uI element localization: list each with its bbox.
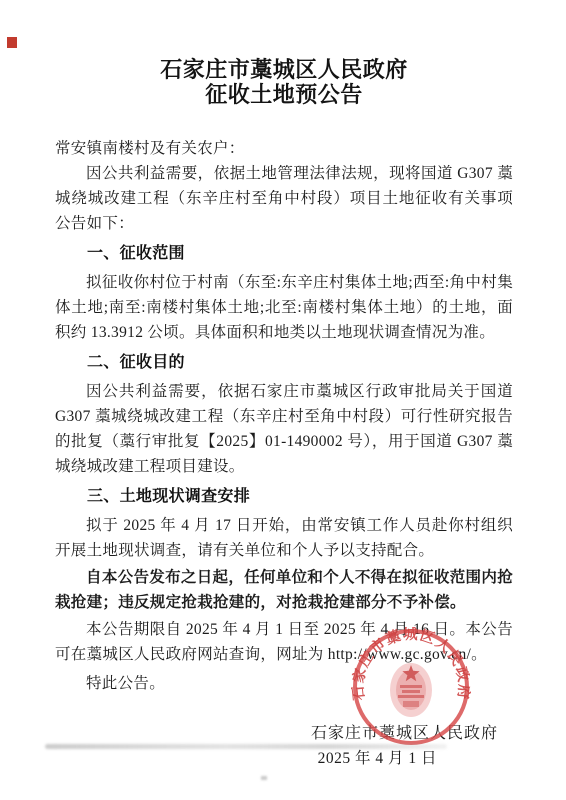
document-title: 石家庄市藁城区人民政府 征收土地预公告 (55, 57, 513, 107)
title-line-1: 石家庄市藁城区人民政府 (55, 57, 513, 82)
warning-paragraph: 自本公告发布之日起，任何单位和个人不得在拟征收范围内抢栽抢建；违反规定抢栽抢建的… (55, 565, 513, 615)
scan-speck (261, 776, 267, 780)
document-body: 常安镇南楼村及有关农户： 因公共利益需要，依据土地管理法律法规，现将国道 G30… (55, 136, 513, 771)
section3-body: 拟于 2025 年 4 月 17 日开始，由常安镇工作人员赴你村组织开展土地现状… (55, 513, 513, 563)
title-line-2: 征收土地预公告 (55, 82, 513, 107)
salutation: 常安镇南楼村及有关农户： (55, 136, 513, 161)
document-content: 石家庄市藁城区人民政府 征收土地预公告 常安镇南楼村及有关农户： 因公共利益需要… (55, 57, 513, 771)
signature-org: 石家庄市藁城区人民政府 (55, 721, 513, 746)
validity-paragraph: 本公告期限自 2025 年 4 月 1 日至 2025 年 4 月 16 日。本… (55, 617, 513, 667)
section2-heading: 二、征收目的 (55, 350, 513, 375)
closing-statement: 特此公告。 (55, 671, 513, 696)
scan-smudge (45, 744, 447, 749)
announcement-page: 石家庄市藁城区人民政府 征收土地预公告 常安镇南楼村及有关农户： 因公共利益需要… (0, 0, 566, 800)
intro-paragraph: 因公共利益需要，依据土地管理法律法规，现将国道 G307 藁城绕城改建工程（东辛… (55, 161, 513, 236)
section1-heading: 一、征收范围 (55, 241, 513, 266)
signature-date: 2025 年 4 月 1 日 (55, 746, 513, 771)
red-mark (7, 37, 17, 48)
section2-body: 因公共利益需要，依据石家庄市藁城区行政审批局关于国道 G307 藁城绕城改建工程… (55, 379, 513, 479)
section3-heading: 三、土地现状调查安排 (55, 484, 513, 509)
section1-body: 拟征收你村位于村南（东至:东辛庄村集体土地;西至:角中村集体土地;南至:南楼村集… (55, 270, 513, 345)
